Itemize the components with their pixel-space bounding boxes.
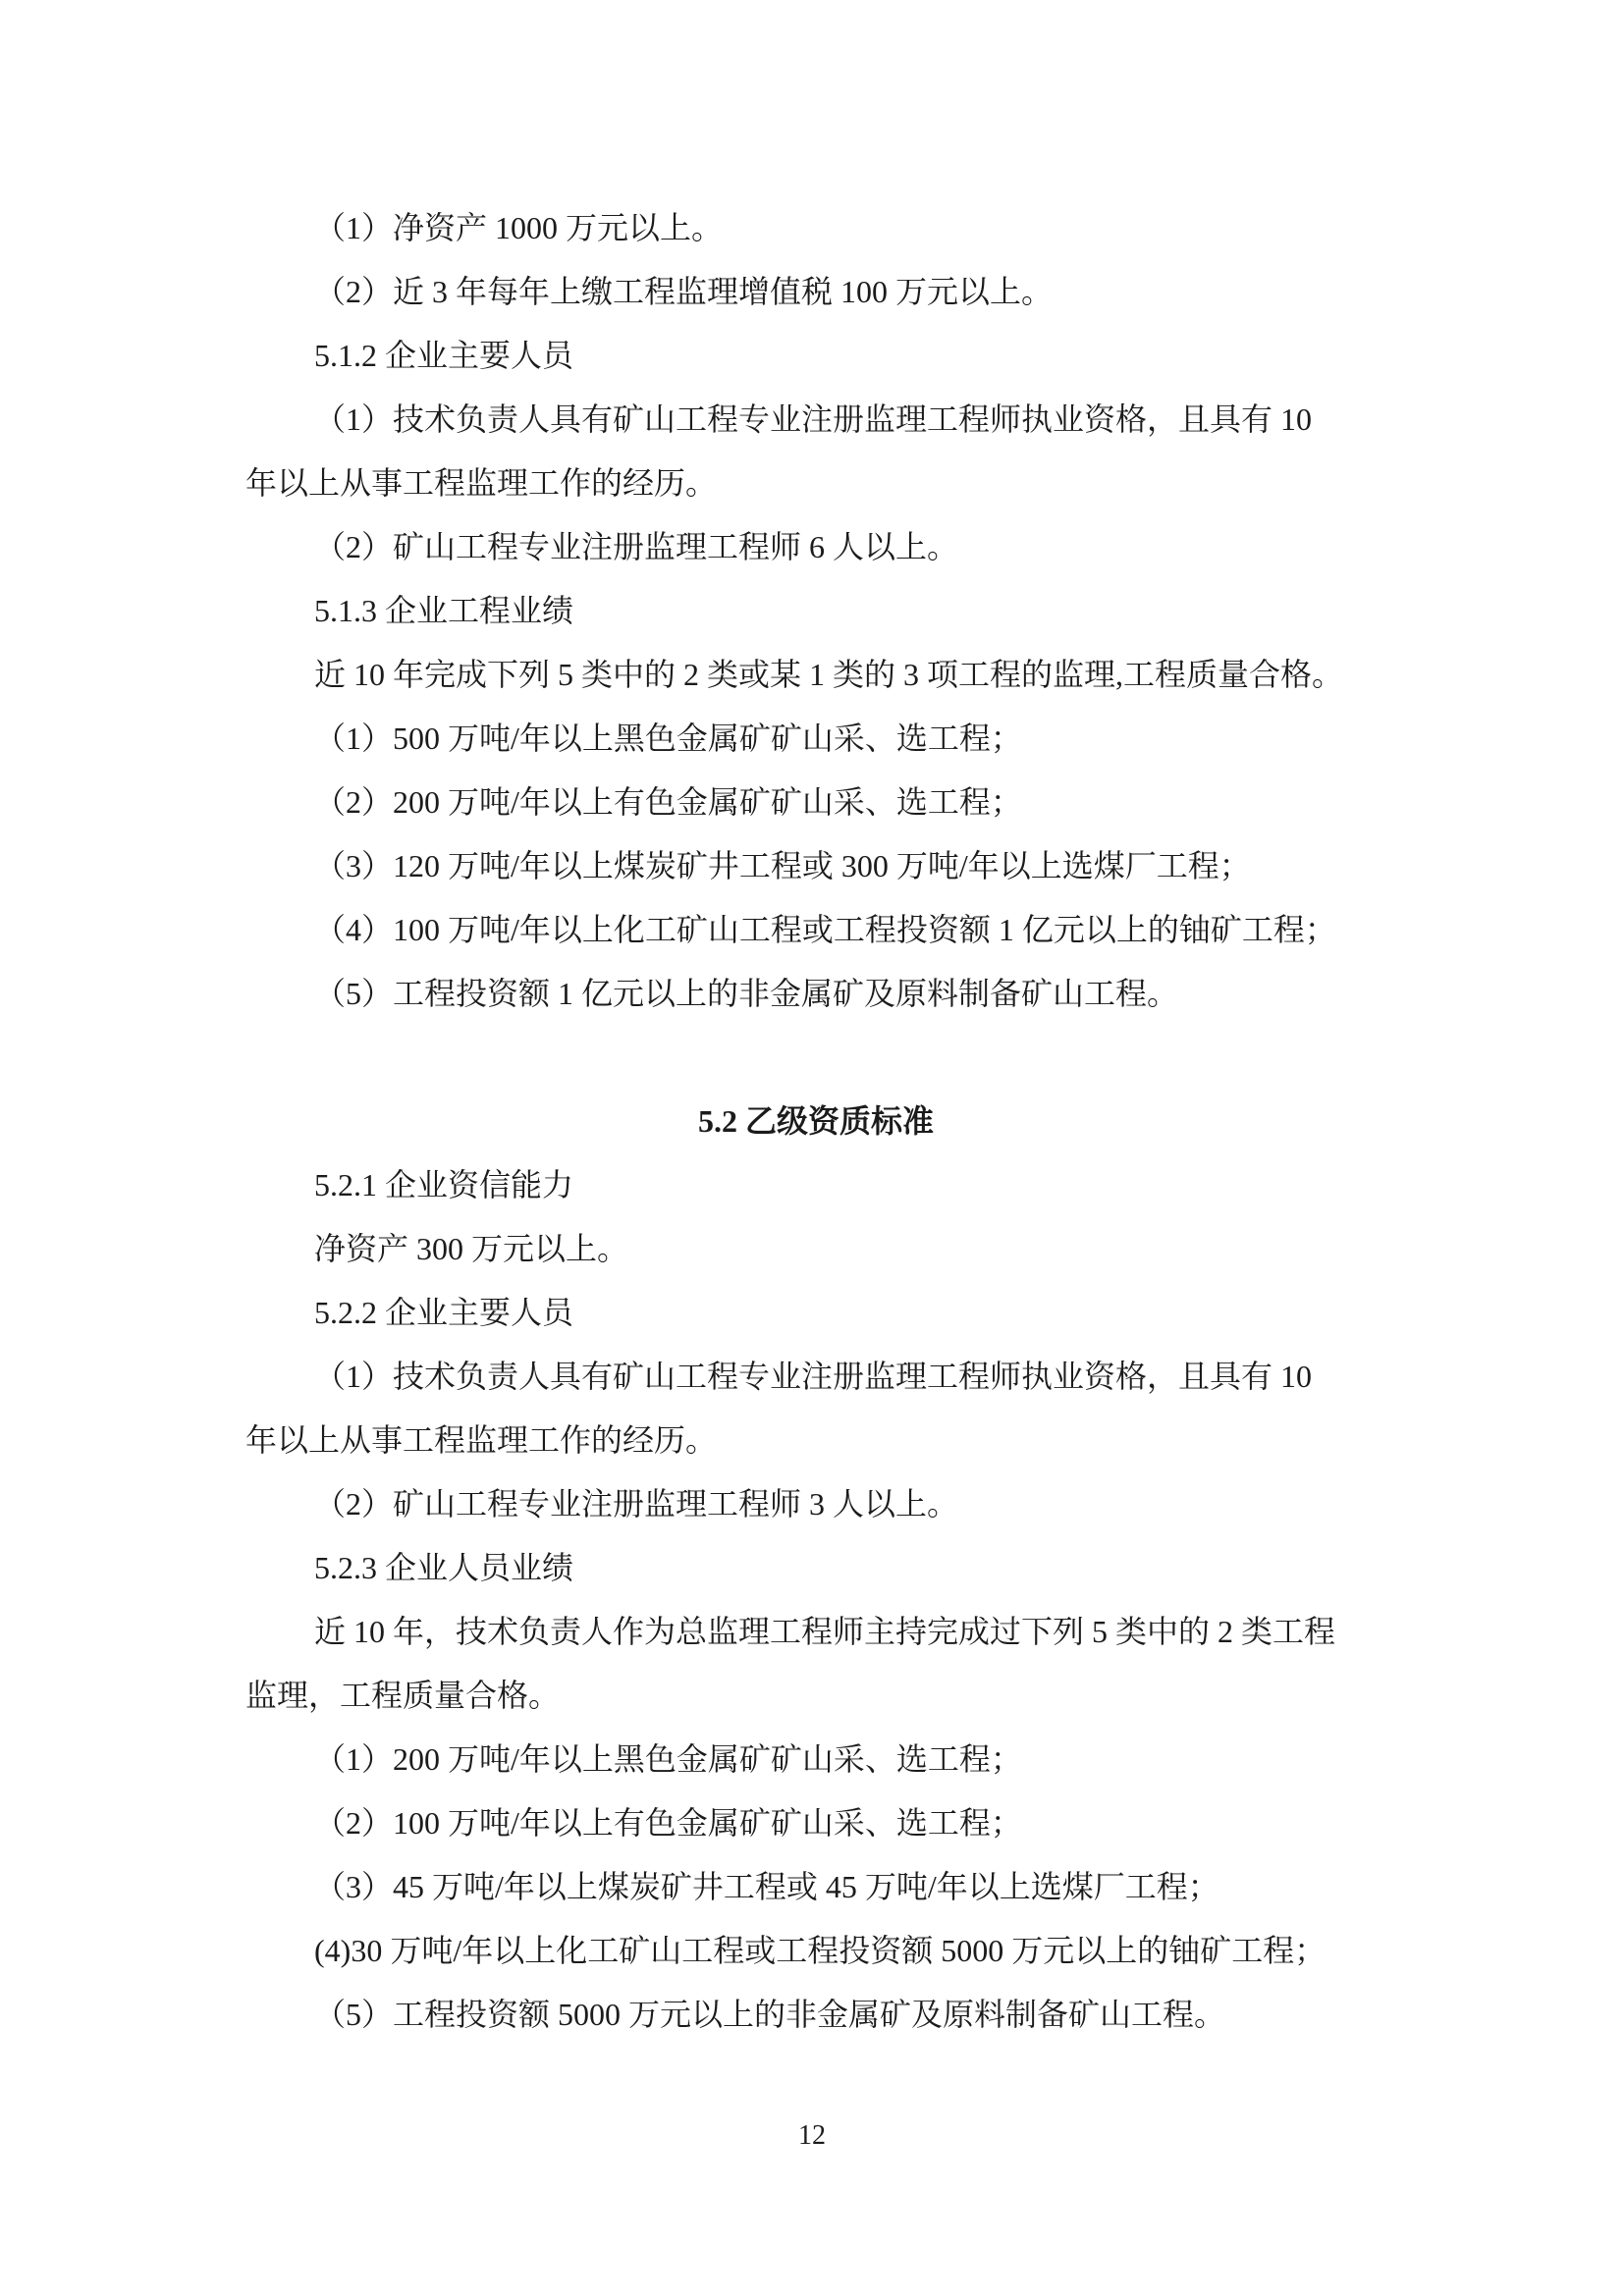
doc-line-subsection-5-2-2: 5.2.2 企业主要人员 xyxy=(245,1281,1386,1345)
doc-line-subsection-5-2-3: 5.2.3 企业人员业绩 xyxy=(245,1536,1386,1600)
document-page: （1）净资产 1000 万元以上。 （2）近 3 年每年上缴工程监理增值税 10… xyxy=(0,0,1624,2296)
doc-line: （2）矿山工程专业注册监理工程师 3 人以上。 xyxy=(245,1472,1386,1536)
section-heading-5-2: 5.2 乙级资质标准 xyxy=(245,1090,1386,1153)
doc-line: （3）120 万吨/年以上煤炭矿井工程或 300 万吨/年以上选煤厂工程； xyxy=(245,834,1386,898)
doc-line: 近 10 年，技术负责人作为总监理工程师主持完成过下列 5 类中的 2 类工程 xyxy=(245,1600,1386,1664)
doc-line: （2）矿山工程专业注册监理工程师 6 人以上。 xyxy=(245,515,1386,579)
doc-line: （1）技术负责人具有矿山工程专业注册监理工程师执业资格，且具有 10 xyxy=(245,388,1386,452)
doc-line-subsection-5-1-2: 5.1.2 企业主要人员 xyxy=(245,324,1386,388)
doc-line: （4）100 万吨/年以上化工矿山工程或工程投资额 1 亿元以上的铀矿工程； xyxy=(245,898,1386,962)
doc-line: 净资产 300 万元以上。 xyxy=(245,1217,1386,1281)
document-body: （1）净资产 1000 万元以上。 （2）近 3 年每年上缴工程监理增值税 10… xyxy=(245,196,1386,2047)
doc-line-subsection-5-2-1: 5.2.1 企业资信能力 xyxy=(245,1153,1386,1217)
doc-line: 年以上从事工程监理工作的经历。 xyxy=(245,452,1386,515)
doc-line: （1）净资产 1000 万元以上。 xyxy=(245,196,1386,260)
doc-line: （3）45 万吨/年以上煤炭矿井工程或 45 万吨/年以上选煤厂工程； xyxy=(245,1855,1386,1919)
doc-line: （1）500 万吨/年以上黑色金属矿矿山采、选工程； xyxy=(245,707,1386,771)
doc-line-subsection-5-1-3: 5.1.3 企业工程业绩 xyxy=(245,579,1386,643)
doc-line: （2）200 万吨/年以上有色金属矿矿山采、选工程； xyxy=(245,771,1386,834)
doc-line: 近 10 年完成下列 5 类中的 2 类或某 1 类的 3 项工程的监理,工程质… xyxy=(245,643,1386,707)
doc-line: （1）技术负责人具有矿山工程专业注册监理工程师执业资格，且具有 10 xyxy=(245,1345,1386,1409)
doc-line: (4)30 万吨/年以上化工矿山工程或工程投资额 5000 万元以上的铀矿工程； xyxy=(245,1919,1386,1983)
doc-line: （1）200 万吨/年以上黑色金属矿矿山采、选工程； xyxy=(245,1728,1386,1791)
doc-line: （2）近 3 年每年上缴工程监理增值税 100 万元以上。 xyxy=(245,260,1386,324)
doc-line: （5）工程投资额 1 亿元以上的非金属矿及原料制备矿山工程。 xyxy=(245,962,1386,1026)
doc-line: 监理，工程质量合格。 xyxy=(245,1664,1386,1728)
doc-line: （2）100 万吨/年以上有色金属矿矿山采、选工程； xyxy=(245,1791,1386,1855)
page-number: 12 xyxy=(0,2116,1624,2156)
doc-line: 年以上从事工程监理工作的经历。 xyxy=(245,1409,1386,1472)
doc-line: （5）工程投资额 5000 万元以上的非金属矿及原料制备矿山工程。 xyxy=(245,1983,1386,2047)
blank-line xyxy=(245,1026,1386,1090)
